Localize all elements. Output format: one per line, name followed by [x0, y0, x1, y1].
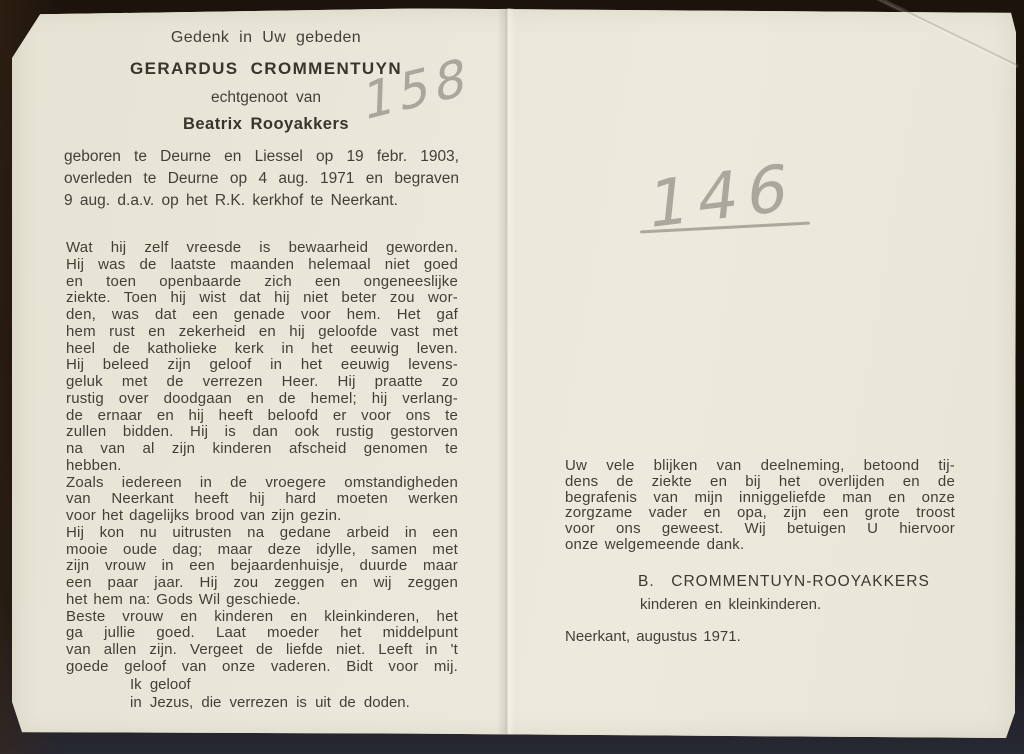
text-line: zorgzame vader en opa, zijn een grote tr… — [565, 505, 955, 521]
text-line: goede geloof van onze vaderen. Bidt voor… — [66, 659, 458, 676]
text-line: de ernaar en hij heeft beloofd er voor o… — [66, 408, 458, 425]
text-line: begrafenis van mijn inniggeliefde man en… — [565, 490, 955, 506]
text-line: rustig over doodgaan en de hemel; hij ve… — [66, 391, 458, 408]
text-line: een paar jaar. Hij zou zeggen en wij zeg… — [66, 575, 458, 592]
text-line: van Neerkant heeft hij hard moeten werke… — [66, 491, 458, 508]
acknowledgement-text: Uw vele blijken van deelneming, betoond … — [565, 458, 955, 553]
text-line: voor ons geweest. Wij betuigen U hiervoo… — [565, 521, 955, 537]
creed-closing-lines: Ik geloofin Jezus, die verrezen is uit d… — [130, 676, 410, 711]
text-line: hebben. — [66, 458, 458, 475]
family-signature: B. CROMMENTUYN-ROOYAKKERS — [638, 573, 930, 591]
text-line: van allen zijn. Vergeet de liefde niet. … — [66, 642, 458, 659]
text-line: overleden te Deurne op 4 aug. 1971 en be… — [64, 168, 459, 190]
text-line: ziekte. Toen hij wist dat hij niet beter… — [66, 290, 458, 307]
text-line: mooie oude dag; maar deze idylle, samen … — [66, 542, 458, 559]
text-line: het hem na: Gods Wil geschiede. — [66, 592, 458, 609]
text-line: 9 aug. d.a.v. op het R.K. kerkhof te Nee… — [64, 190, 459, 212]
text-line: den, was dat een genade voor hem. Het ga… — [66, 307, 458, 324]
place-date-line: Neerkant, augustus 1971. — [565, 628, 741, 645]
text-line: Ik geloof — [130, 676, 410, 694]
text-line: Beste vrouw en kinderen en kleinkinderen… — [66, 609, 458, 626]
text-line: dens de ziekte en bij het overlijden en … — [565, 474, 955, 490]
birth-death-details: geboren te Deurne en Liessel op 19 febr.… — [64, 146, 459, 211]
text-line: zijn vrouw in een bejaardenhuisje, duurd… — [66, 558, 458, 575]
text-line: na van al zijn kinderen afscheid genomen… — [66, 441, 458, 458]
text-line: geluk met de verrezen Heer. Hij praatte … — [66, 374, 458, 391]
text-line: zullen bidden. Hij is dan ook rustig ges… — [66, 424, 458, 441]
text-line: Hij beleed zijn geloof in het eeuwig lev… — [66, 357, 458, 374]
text-line: in Jezus, die verrezen is uit de doden. — [130, 694, 410, 712]
text-line: en toen openbaarde zich een ongeneeslijk… — [66, 274, 458, 291]
text-line: heel de katholieke kerk in het eeuwig le… — [66, 341, 458, 358]
prayer-intro-line: Gedenk in Uw gebeden — [62, 29, 470, 47]
text-line: hem rust en zekerheid en hij geloofde va… — [66, 324, 458, 341]
text-line: Uw vele blijken van deelneming, betoond … — [565, 458, 955, 474]
scanned-memorial-card-photo: Gedenk in Uw gebeden GERARDUS CROMMENTUY… — [0, 0, 1024, 754]
memorial-body-text: Wat hij zelf vreesde is bewaarheid gewor… — [66, 240, 458, 676]
text-line: Zoals iedereen in de vroegere omstandigh… — [66, 475, 458, 492]
text-line: Hij kon nu uitrusten na gedane arbeid in… — [66, 525, 458, 542]
text-line: Hij was de laatste maanden helemaal niet… — [66, 257, 458, 274]
text-line: geboren te Deurne en Liessel op 19 febr.… — [64, 146, 459, 168]
family-signature-subline: kinderen en kleinkinderen. — [640, 596, 821, 613]
text-line: ga jullie goed. Laat moeder het middelpu… — [66, 625, 458, 642]
text-line: Wat hij zelf vreesde is bewaarheid gewor… — [66, 240, 458, 257]
text-line: onze welgemeende dank. — [565, 537, 955, 553]
text-line: voor het dagelijks brood van zijn gezin. — [66, 508, 458, 525]
